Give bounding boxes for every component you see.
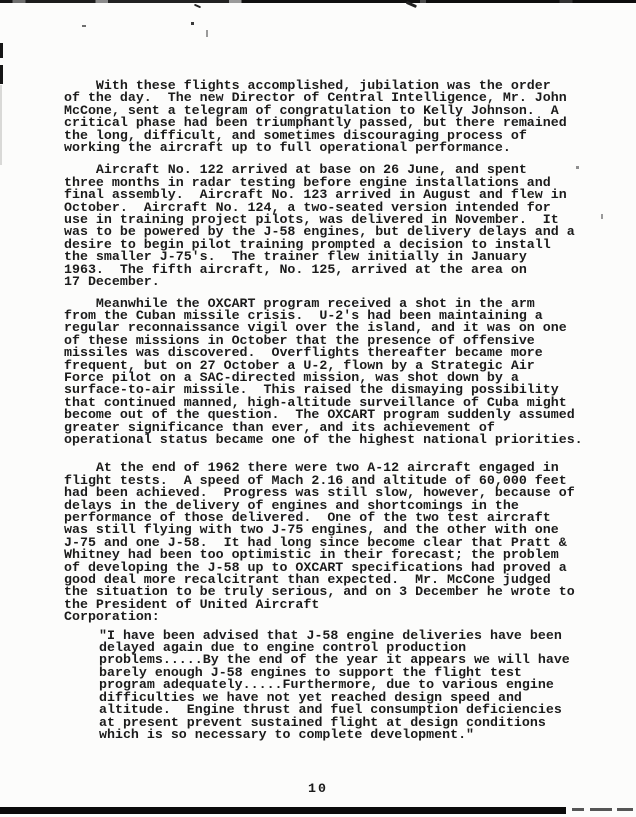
scan-artifact-bottom-dash	[572, 808, 584, 811]
scan-speck	[82, 25, 86, 27]
scan-artifact-bottom-dash	[617, 808, 633, 811]
scan-speck	[206, 30, 208, 37]
document-page: With these flights accomplished, jubilat…	[0, 0, 636, 817]
block-quote-mccone-letter: "I have been advised that J-58 engine de…	[99, 630, 624, 742]
scan-artifact-bottom-dash	[590, 808, 612, 811]
paragraph-flight-test-status: At the end of 1962 there were two A-12 a…	[64, 462, 624, 623]
paragraph-cuban-missile-crisis: Meanwhile the OXCART program received a …	[64, 298, 624, 447]
scan-artifact-left-shade	[0, 85, 2, 165]
scan-artifact-bottom-bar	[0, 807, 566, 814]
scan-artifact-left-mark	[0, 65, 3, 84]
scan-speck	[194, 4, 201, 9]
paragraph-flights-accomplished: With these flights accomplished, jubilat…	[64, 80, 624, 154]
paragraph-aircraft-deliveries: Aircraft No. 122 arrived at base on 26 J…	[64, 164, 624, 288]
scan-artifact-top-bar	[0, 0, 636, 3]
page-number: 10	[0, 781, 636, 796]
document-body: With these flights accomplished, jubilat…	[64, 80, 624, 741]
scan-artifact-left-mark	[0, 43, 3, 58]
scan-speck	[191, 22, 194, 25]
